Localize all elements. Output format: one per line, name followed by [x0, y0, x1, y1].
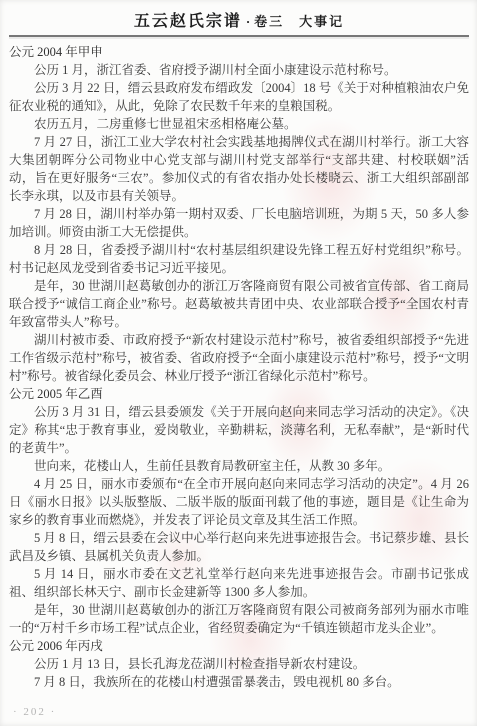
volume-chapter-title: 卷三 大事记: [254, 14, 344, 29]
entry-paragraph: 8 月 28 日，省委授予湖川村“农村基层组织建设先锋工程五好村党组织”称号。村…: [9, 241, 469, 277]
genealogy-page: 五云赵氏宗谱·卷三 大事记 公元 2004 年甲申公历 1 月，浙江省委、省府授…: [0, 0, 477, 726]
body-paragraphs: 公元 2004 年甲申公历 1 月，浙江省委、省府授予湖川村全面小康建设示范村称…: [9, 43, 469, 691]
entry-paragraph: 公历 3 月 31 日，缙云县委颁发《关于开展向赵向来同志学习活动的决定》。《决…: [9, 403, 469, 457]
entry-paragraph: 7 月 8 日，我族所在的花楼山村遭强雷暴袭击，毁电视机 80 多台。: [9, 673, 469, 691]
page-number: · 202 ·: [13, 706, 56, 718]
entry-paragraph: 5 月 8 日，缙云县委在会议中心举行赵向来先进事迹报告会。书记蔡步雄、县长武昌…: [9, 529, 469, 565]
entry-paragraph: 7 月 28 日，湖川村举办第一期村双委、厂长电脑培训班，为期 5 天，50 多…: [9, 205, 469, 241]
entry-paragraph: 7 月 27 日，浙江工业大学农村社会实践基地揭牌仪式在湖川村举行。浙工大容大集…: [9, 133, 469, 205]
entry-paragraph: 4 月 25 日，丽水市委颁布“在全市开展向赵向来同志学习活动的决定”。4 月 …: [9, 475, 469, 529]
entry-paragraph: 是年，30 世湖川赵葛敏创办的浙江万客隆商贸有限公司被省宣传部、省工商局联合授予…: [9, 277, 469, 331]
entry-paragraph: 5 月 14 日，丽水市委在文艺礼堂举行赵向来先进事迹报告会。市副书记张成祖、组…: [9, 565, 469, 601]
era-heading: 公元 2005 年乙酉: [9, 385, 469, 403]
entry-paragraph: 是年，30 世湖川赵葛敏创办的浙江万客隆商贸有限公司被商务部列为丽水市唯一的“万…: [9, 601, 469, 637]
book-title: 五云赵氏宗谱: [134, 13, 242, 30]
entry-paragraph: 世向来，花楼山人，生前任县教育局教研室主任，从教 30 多年。: [9, 457, 469, 475]
entry-paragraph: 湖川村被市委、市政府授予“新农村建设示范村”称号，被省委组织部授予“先进工作省级…: [9, 331, 469, 385]
entry-paragraph: 公历 1 月，浙江省委、省府授予湖川村全面小康建设示范村称号。: [9, 61, 469, 79]
entry-paragraph: 农历五月，二房重修七世显祖宋丞相格庵公墓。: [9, 115, 469, 133]
entry-paragraph: 公历 3 月 22 日，缙云县政府发布缙政发〔2004〕18 号《关于对种植粮油…: [9, 79, 469, 115]
era-heading: 公元 2006 年丙戌: [9, 637, 469, 655]
entry-paragraph: 公历 1 月 13 日，县长孔海龙莅湖川村检查指导新农村建设。: [9, 655, 469, 673]
era-heading: 公元 2004 年甲申: [9, 43, 469, 61]
title-separator-dot: ·: [242, 14, 254, 29]
page-header: 五云赵氏宗谱·卷三 大事记: [9, 5, 469, 37]
